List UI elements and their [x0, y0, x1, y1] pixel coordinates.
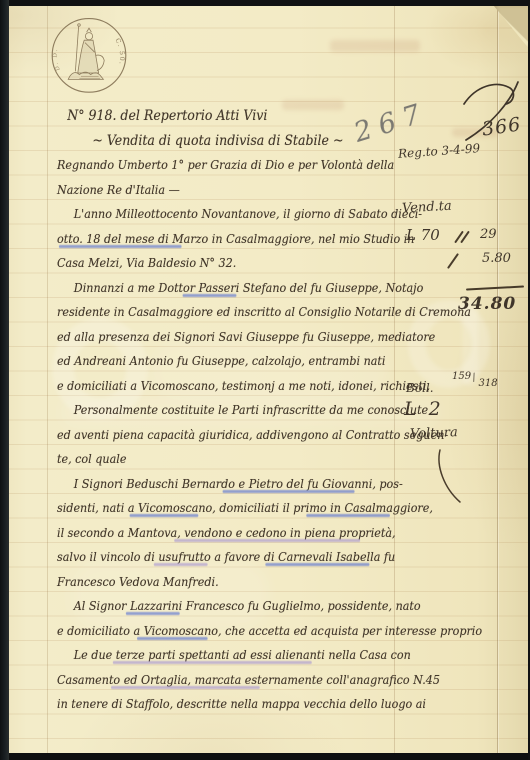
crayon-underline — [137, 637, 208, 640]
crayon-underline — [111, 686, 260, 689]
text-line: Casamento ed Ortaglia, marcata estername… — [57, 668, 399, 693]
text-line: residente in Casalmaggiore ed inscritto … — [57, 300, 399, 325]
text-line: ed Andreani Antonio fu Giuseppe, calzola… — [57, 349, 399, 374]
text-line: e domiciliato a Vicomoscano, che accetta… — [57, 619, 399, 644]
crayon-underline — [265, 563, 369, 566]
crayon-underline — [126, 612, 180, 615]
text-line: Francesco Vedova Manfredi. — [57, 570, 399, 595]
text-line: Personalmente costituite le Parti infras… — [57, 398, 399, 423]
text-line: Dinnanzi a me Dottor Passeri Stefano del… — [57, 276, 399, 301]
crayon-underline — [223, 490, 355, 493]
text-line: N° 918. del Repertorio Atti Vivi — [57, 104, 399, 129]
text-line: Regnando Umberto 1° per Grazia di Dio e … — [57, 153, 399, 178]
text-line: te, col quale — [57, 447, 399, 472]
text-line: ed aventi piena capacità giuridica, addi… — [57, 423, 399, 448]
text-line: e domiciliati a Vicomoscano, testimonj a… — [57, 374, 399, 399]
scan-edge-bottom — [0, 753, 530, 760]
text-line: Casa Melzi, Via Baldesio N° 32. — [57, 251, 399, 276]
deed-text-block: N° 918. del Repertorio Atti Vivi~ Vendit… — [0, 0, 530, 760]
crayon-underline — [306, 514, 390, 517]
text-line: ~ Vendita di quota indivisa di Stabile ~ — [57, 129, 399, 154]
text-line: I Signori Beduschi Bernardo e Pietro del… — [57, 472, 399, 497]
text-line: sidenti, nati a Vicomoscano, domiciliati… — [57, 496, 399, 521]
text-line: in tenere di Staffolo, descritte nella m… — [57, 692, 399, 717]
text-line: il secondo a Mantova, vendono e cedono i… — [57, 521, 399, 546]
text-line: L'anno Milleottocento Novantanove, il gi… — [57, 202, 399, 227]
crayon-underline — [113, 661, 312, 664]
scan-edge-left — [0, 0, 9, 760]
crayon-underline — [154, 563, 208, 566]
text-line: salvo il vincolo di usufrutto a favore d… — [57, 545, 399, 570]
text-line: Nazione Re d'Italia — — [57, 178, 399, 203]
crayon-underline — [130, 514, 199, 517]
text-line: Le due terze parti spettanti ad essi ali… — [57, 643, 399, 668]
crayon-underline — [174, 539, 360, 542]
scan-edge-top — [0, 0, 530, 6]
crayon-underline — [183, 294, 237, 297]
crayon-underline — [59, 245, 182, 248]
text-line: otto. 18 del mese di Marzo in Casalmaggi… — [57, 227, 399, 252]
text-line: Al Signor Lazzarini Francesco fu Gugliel… — [57, 594, 399, 619]
text-line: ed alla presenza dei Signori Savi Giusep… — [57, 325, 399, 350]
